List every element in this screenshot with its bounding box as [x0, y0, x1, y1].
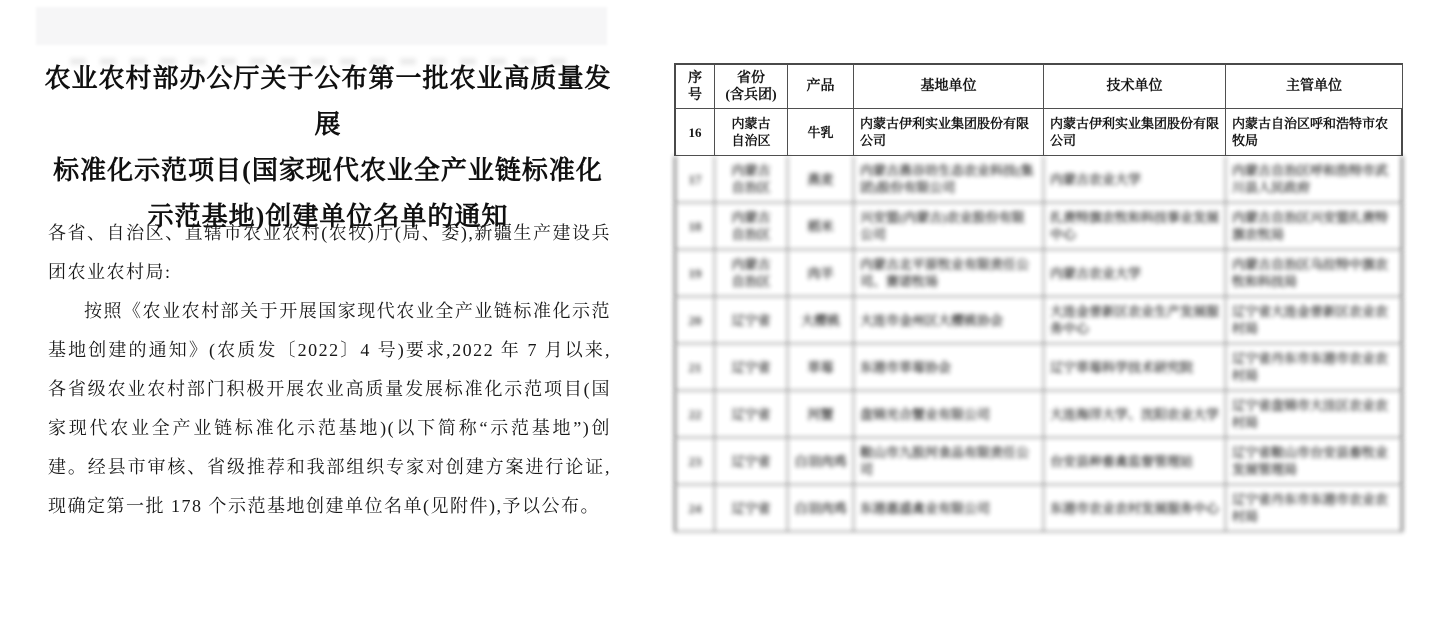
- notice-title-line: 标准化示范项目(国家现代农业全产业链标准化: [44, 148, 612, 194]
- cell-index: 18: [674, 203, 715, 250]
- cell-base-unit: 内蒙古伊利实业集团股份有限公司: [854, 109, 1044, 156]
- cell-province: 辽宁省: [715, 438, 788, 485]
- cell-supervisor-unit: 辽宁省丹东市东港市农业农村局: [1226, 344, 1403, 391]
- cell-supervisor-unit: 辽宁省盘锦市大洼区农业农村局: [1226, 391, 1403, 438]
- table-row: 23 辽宁省 白羽肉鸡 鞍山市九股河食品有限责任公司 台安县种畜禽监督管理站 辽…: [674, 438, 1403, 485]
- cell-tech-unit: 内蒙古伊利实业集团股份有限公司: [1044, 109, 1226, 156]
- cell-base-unit: 鞍山市九股河食品有限责任公司: [854, 438, 1044, 485]
- cell-product: 稻米: [788, 203, 854, 250]
- table-row: 20 辽宁省 大樱桃 大连市金州区大樱桃协会 大连金普新区农业生产发展服务中心 …: [674, 297, 1403, 344]
- cell-tech-unit: 大连海洋大学、沈阳农业大学: [1044, 391, 1226, 438]
- cell-supervisor-unit: 内蒙古自治区乌拉特中旗农牧和科技局: [1226, 250, 1403, 297]
- cell-index: 17: [674, 156, 715, 203]
- header-cell: 基地单位: [854, 63, 1044, 109]
- cell-base-unit: 东港惠盛禽业有限公司: [854, 485, 1044, 532]
- cell-base-unit: 内蒙古北平原牧业有限责任公司、赛诺牧场: [854, 250, 1044, 297]
- cell-product: 大樱桃: [788, 297, 854, 344]
- cell-tech-unit: 扎赉特旗农牧和科技事业发展中心: [1044, 203, 1226, 250]
- cell-province: 内蒙古 自治区: [715, 109, 788, 156]
- header-cell: 技术单位: [1044, 63, 1226, 109]
- annex-table: 序号 省份 (含兵团) 产品 基地单位 技术单位 主管单位 16 内蒙古 自治区…: [674, 63, 1403, 532]
- cell-base-unit: 东港市草莓协会: [854, 344, 1044, 391]
- notice-title: 农业农村部办公厅关于公布第一批农业高质量发展 标准化示范项目(国家现代农业全产业…: [44, 56, 612, 240]
- cell-product: 白羽肉鸡: [788, 485, 854, 532]
- page-top-strip: [36, 7, 607, 45]
- table-row: 19 内蒙古 自治区 肉羊 内蒙古北平原牧业有限责任公司、赛诺牧场 内蒙古农业大…: [674, 250, 1403, 297]
- page: 农业农村部办公厅关于公布第一批农业高质量发展 标准化示范项目(国家现代农业全产业…: [0, 0, 1440, 622]
- table-row: 22 辽宁省 河蟹 盘锦光合蟹业有限公司 大连海洋大学、沈阳农业大学 辽宁省盘锦…: [674, 391, 1403, 438]
- cell-tech-unit: 台安县种畜禽监督管理站: [1044, 438, 1226, 485]
- body-paragraph: 按照《农业农村部关于开展国家现代农业全产业链标准化示范基地创建的通知》(农质发〔…: [48, 292, 611, 526]
- cell-product: 河蟹: [788, 391, 854, 438]
- notice-title-line: 农业农村部办公厅关于公布第一批农业高质量发展: [44, 56, 612, 148]
- cell-product: 白羽肉鸡: [788, 438, 854, 485]
- cell-supervisor-unit: 辽宁省丹东市东港市农业农村局: [1226, 485, 1403, 532]
- cell-index: 16: [674, 109, 715, 156]
- header-cell: 主管单位: [1226, 63, 1403, 109]
- cell-product: 肉羊: [788, 250, 854, 297]
- body-paragraph: 各省、自治区、直辖市农业农村(农牧)厅(局、委),新疆生产建设兵团农业农村局:: [48, 214, 611, 292]
- notice-body: 各省、自治区、直辖市农业农村(农牧)厅(局、委),新疆生产建设兵团农业农村局: …: [48, 214, 611, 526]
- cell-product: 草莓: [788, 344, 854, 391]
- cell-index: 21: [674, 344, 715, 391]
- cell-province: 辽宁省: [715, 391, 788, 438]
- cell-base-unit: 大连市金州区大樱桃协会: [854, 297, 1044, 344]
- cell-index: 20: [674, 297, 715, 344]
- cell-tech-unit: 辽宁草莓科学技术研究院: [1044, 344, 1226, 391]
- cell-index: 22: [674, 391, 715, 438]
- cell-province: 辽宁省: [715, 297, 788, 344]
- cell-supervisor-unit: 内蒙古自治区呼和浩特市武川县人民政府: [1226, 156, 1403, 203]
- cell-province: 内蒙古 自治区: [715, 250, 788, 297]
- cell-supervisor-unit: 辽宁省大连金普新区农业农村局: [1226, 297, 1403, 344]
- table-row: 16 内蒙古 自治区 牛乳 内蒙古伊利实业集团股份有限公司 内蒙古伊利实业集团股…: [674, 109, 1403, 156]
- cell-base-unit: 盘锦光合蟹业有限公司: [854, 391, 1044, 438]
- cell-base-unit: 兴安盟(内蒙古)农业股份有限公司: [854, 203, 1044, 250]
- cell-province: 内蒙古 自治区: [715, 203, 788, 250]
- cell-province: 辽宁省: [715, 344, 788, 391]
- cell-supervisor-unit: 辽宁省鞍山市台安县畜牧业发展管理局: [1226, 438, 1403, 485]
- table-row: 21 辽宁省 草莓 东港市草莓协会 辽宁草莓科学技术研究院 辽宁省丹东市东港市农…: [674, 344, 1403, 391]
- cell-tech-unit: 东港市农业农村发展服务中心: [1044, 485, 1226, 532]
- cell-product: 牛乳: [788, 109, 854, 156]
- cell-supervisor-unit: 内蒙古自治区呼和浩特市农牧局: [1226, 109, 1403, 156]
- table-row: 24 辽宁省 白羽肉鸡 东港惠盛禽业有限公司 东港市农业农村发展服务中心 辽宁省…: [674, 485, 1403, 532]
- table-row: 17 内蒙古 自治区 燕麦 内蒙古燕谷坊生态农业科技(集团)股份有限公司 内蒙古…: [674, 156, 1403, 203]
- cell-index: 23: [674, 438, 715, 485]
- cell-tech-unit: 大连金普新区农业生产发展服务中心: [1044, 297, 1226, 344]
- table-row: 18 内蒙古 自治区 稻米 兴安盟(内蒙古)农业股份有限公司 扎赉特旗农牧和科技…: [674, 203, 1403, 250]
- cell-province: 内蒙古 自治区: [715, 156, 788, 203]
- cell-tech-unit: 内蒙古农业大学: [1044, 250, 1226, 297]
- cell-supervisor-unit: 内蒙古自治区兴安盟扎赉特旗农牧局: [1226, 203, 1403, 250]
- cell-index: 19: [674, 250, 715, 297]
- cell-province: 辽宁省: [715, 485, 788, 532]
- header-cell: 省份 (含兵团): [715, 63, 788, 109]
- header-cell: 序号: [674, 63, 715, 109]
- header-cell: 产品: [788, 63, 854, 109]
- cell-tech-unit: 内蒙古农业大学: [1044, 156, 1226, 203]
- cell-index: 24: [674, 485, 715, 532]
- table-header-row: 序号 省份 (含兵团) 产品 基地单位 技术单位 主管单位: [674, 63, 1403, 109]
- cell-product: 燕麦: [788, 156, 854, 203]
- cell-base-unit: 内蒙古燕谷坊生态农业科技(集团)股份有限公司: [854, 156, 1044, 203]
